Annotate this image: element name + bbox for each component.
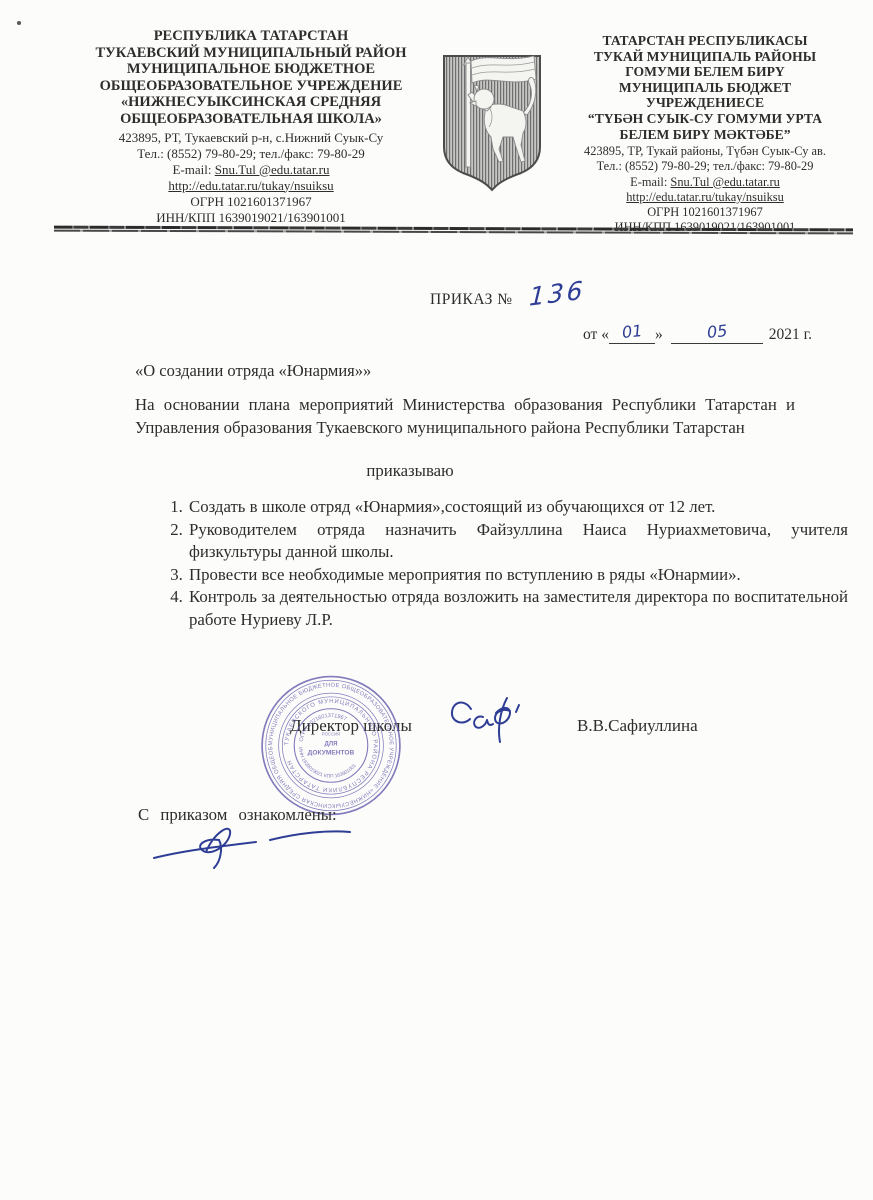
order-title: ПРИКАЗ №136: [430, 281, 585, 310]
school-name-tt: ТАТАРСТАН РЕСПУБЛИКАСЫ ТУКАЙ МУНИЦИПАЛЬ …: [547, 33, 863, 142]
order-number-handwritten: 136: [528, 275, 586, 311]
date-year: 2021 г.: [769, 326, 812, 343]
svg-text:ТУКАЕВСКОГО МУНИЦИПАЛЬНОГО РАЙ: ТУКАЕВСКОГО МУНИЦИПАЛЬНОГО РАЙОНА РЕСПУБ…: [284, 699, 379, 793]
stamp-outer-ring-text: МУНИЦИПАЛЬНОЕ БЮДЖЕТНОЕ ОБЩЕОБРАЗОВАТЕЛЬ…: [255, 672, 394, 808]
scan-artifact-dot: [17, 21, 21, 25]
date-day-blank: 01: [609, 326, 655, 344]
order-items: Создать в школе отряд «Юнармия»,состоящи…: [135, 496, 848, 632]
director-signature: [443, 695, 538, 747]
letterhead-line: МУНИЦИПАЛЬ БЮДЖЕТ: [547, 80, 863, 96]
date-day-handwritten: 01: [621, 323, 643, 341]
letterhead-line: ОБЩЕОБРАЗОВАТЕЛЬНОЕ УЧРЕЖДЕНИЕ: [62, 78, 440, 95]
website-link: http://edu.tatar.ru/tukay/nsuiksu: [547, 190, 863, 205]
email-link: Snu.Tul @edu.tatar.ru: [215, 162, 330, 177]
address-line: 423895, РТ, Тукаевский р-н, с.Нижний Суы…: [62, 130, 440, 146]
date-close-quote: »: [655, 326, 663, 343]
date-prefix: от «: [583, 326, 609, 343]
email-label: E-mail:: [172, 162, 214, 177]
contact-info-tt: 423895, ТР, Тукай районы, Түбән Суык-Су …: [547, 144, 863, 235]
email-line: E-mail: Snu.Tul @edu.tatar.ru: [62, 162, 440, 178]
contact-info-ru: 423895, РТ, Тукаевский р-н, с.Нижний Суы…: [62, 130, 440, 226]
letterhead-line: “ТҮБӘН СУЫК-СУ ГОМУМИ УРТА: [547, 111, 863, 127]
ogrn-line: ОГРН 1021601371967: [62, 194, 440, 210]
stamp-center-line1: ДЛЯ: [325, 742, 338, 748]
email-line: E-mail: Snu.Tul @edu.tatar.ru: [547, 175, 863, 190]
letterhead-divider: [54, 226, 853, 236]
email-label: E-mail:: [630, 175, 670, 189]
order-item: Руководителем отряда назначить Файзуллин…: [187, 519, 848, 564]
order-preamble: На основании плана мероприятий Министерс…: [135, 394, 795, 439]
letterhead-line: «НИЖНЕСУЫКСИНСКАЯ СРЕДНЯЯ: [62, 94, 440, 111]
stamp-center-line2: ДОКУМЕНТОВ: [308, 750, 355, 757]
coat-of-arms-lion-with-banner-icon: [437, 49, 547, 194]
ogrn-line: ОГРН 1021601371967: [547, 205, 863, 220]
order-item: Провести все необходимые мероприятия по …: [187, 564, 848, 587]
svg-text:ИНН 1639019021 КПП 163901001: ИНН 1639019021 КПП 163901001: [297, 747, 358, 780]
order-item: Контроль за деятельностью отряда возложи…: [187, 586, 848, 631]
letterhead-line: ТУКАЙ МУНИЦИПАЛЬ РАЙОНЫ: [547, 49, 863, 65]
email-link: Snu.Tul @edu.tatar.ru: [670, 175, 779, 189]
letterhead-line: УЧРЕЖДЕНИЕСЕ: [547, 95, 863, 111]
school-round-stamp: МУНИЦИПАЛЬНОЕ БЮДЖЕТНОЕ ОБЩЕОБРАЗОВАТЕЛЬ…: [255, 672, 407, 819]
order-title-label: ПРИКАЗ №: [430, 291, 513, 308]
date-month-handwritten: 05: [706, 323, 728, 341]
order-date: от «01»052021 г.: [583, 326, 812, 344]
letterhead-line: ОБЩЕОБРАЗОВАТЕЛЬНАЯ ШКОЛА»: [62, 111, 440, 128]
website-link: http://edu.tatar.ru/tukay/nsuiksu: [62, 178, 440, 194]
scanned-order-document: РЕСПУБЛИКА ТАТАРСТАН ТУКАЕВСКИЙ МУНИЦИПА…: [0, 0, 873, 1200]
inn-line: ИНН/КПП 1639019021/163901001: [62, 210, 440, 226]
school-name-ru: РЕСПУБЛИКА ТАТАРСТАН ТУКАЕВСКИЙ МУНИЦИПА…: [62, 28, 440, 128]
letterhead-line: ТАТАРСТАН РЕСПУБЛИКАСЫ: [547, 33, 863, 49]
phone-line: Тел.: (8552) 79-80-29; тел./факс: 79-80-…: [547, 159, 863, 174]
acknowledgement-signature: [148, 812, 363, 874]
date-month-blank: 05: [671, 326, 763, 344]
letterhead-tatar: ТАТАРСТАН РЕСПУБЛИКАСЫ ТУКАЙ МУНИЦИПАЛЬ …: [547, 33, 863, 235]
signer-role: Директор школы: [290, 716, 412, 736]
address-line: 423895, ТР, Тукай районы, Түбән Суык-Су …: [547, 144, 863, 159]
order-item: Создать в школе отряд «Юнармия»,состоящи…: [187, 496, 848, 519]
letterhead-line: РЕСПУБЛИКА ТАТАРСТАН: [62, 28, 440, 45]
letterhead-line: ТУКАЕВСКИЙ МУНИЦИПАЛЬНЫЙ РАЙОН: [62, 45, 440, 62]
letterhead-line: ГОМУМИ БЕЛЕМ БИРҮ: [547, 64, 863, 80]
svg-text:МУНИЦИПАЛЬНОЕ БЮДЖЕТНОЕ ОБЩЕОБ: МУНИЦИПАЛЬНОЕ БЮДЖЕТНОЕ ОБЩЕОБРАЗОВАТЕЛЬ…: [255, 672, 394, 808]
stamp-inn-text: ИНН 1639019021 КПП 163901001: [297, 747, 358, 780]
signer-name: В.В.Сафиуллина: [577, 716, 698, 736]
letterhead-line: БЕЛЕМ БИРҮ МӘКТӘБЕ”: [547, 127, 863, 143]
phone-line: Тел.: (8552) 79-80-29; тел./факс: 79-80-…: [62, 146, 440, 162]
letterhead-line: МУНИЦИПАЛЬНОЕ БЮДЖЕТНОЕ: [62, 61, 440, 78]
order-subject: «О создании отряда «Юнармия»»: [135, 361, 371, 381]
decree-word: приказываю: [135, 461, 685, 481]
stamp-inner-ring-text: ТУКАЕВСКОГО МУНИЦИПАЛЬНОГО РАЙОНА РЕСПУБ…: [284, 699, 379, 793]
letterhead-russian: РЕСПУБЛИКА ТАТАРСТАН ТУКАЕВСКИЙ МУНИЦИПА…: [62, 28, 440, 226]
